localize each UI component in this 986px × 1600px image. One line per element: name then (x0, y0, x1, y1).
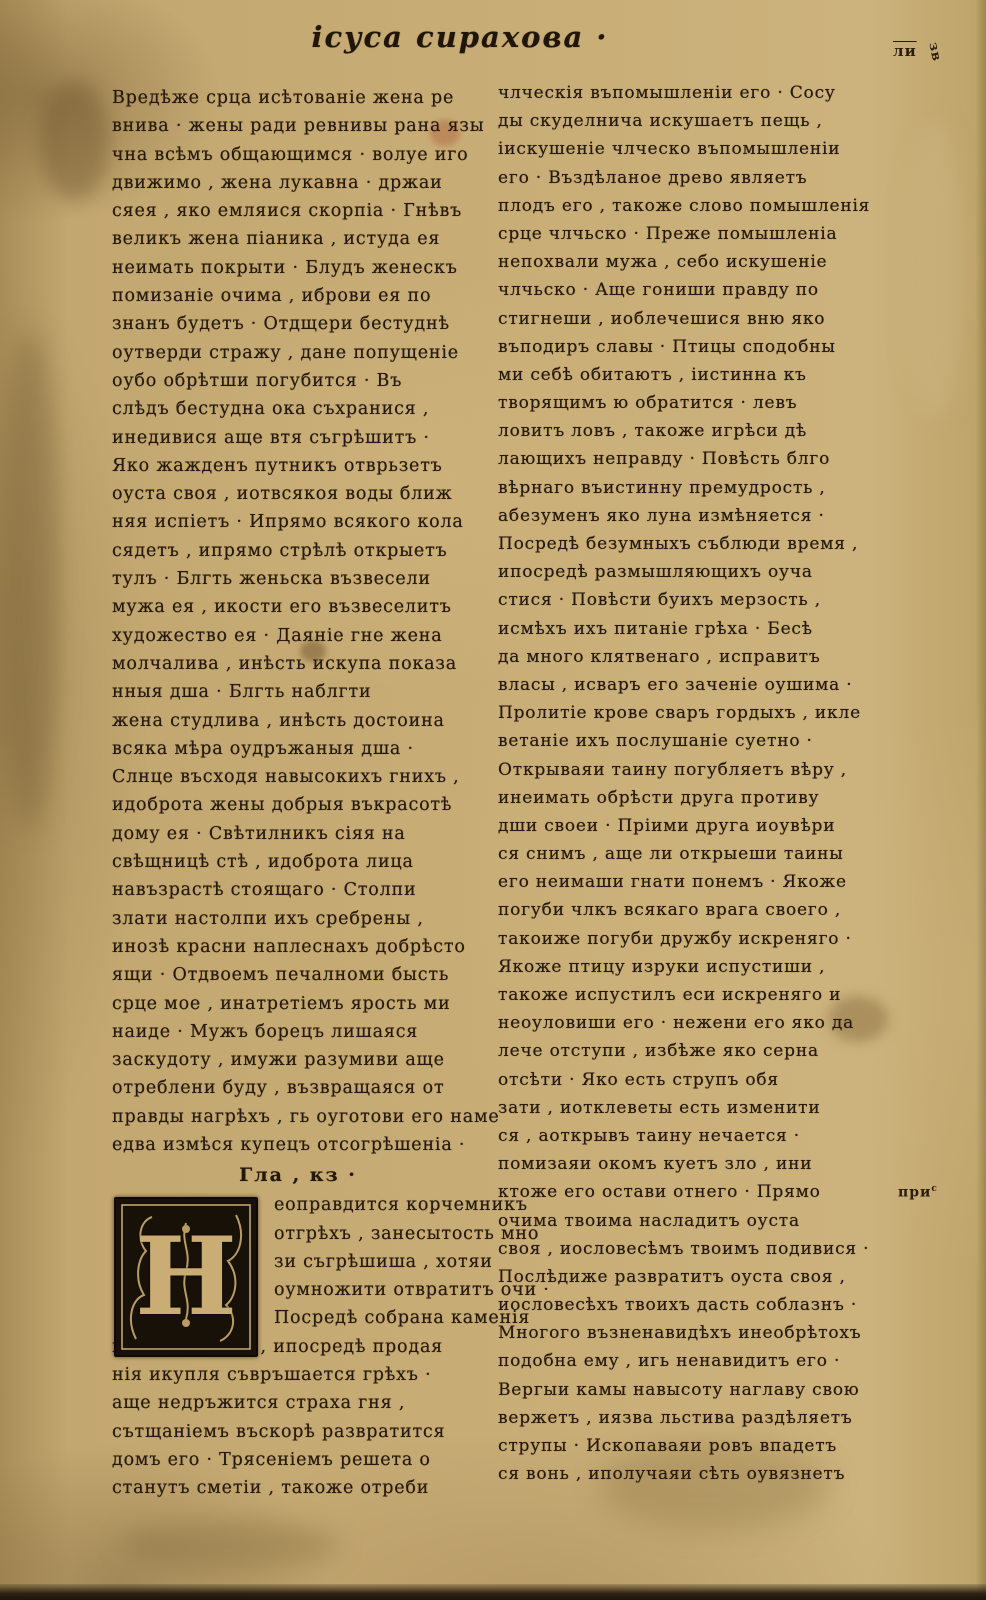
text-line: молчалива , инѣсть искупа показа (112, 650, 484, 678)
text-line: внива · жены ради ревнивы рана язы (112, 112, 484, 140)
text-line: творящимъ ю обратится · левъ (498, 389, 894, 417)
text-line: лече отступи , избѣже яко серна (498, 1037, 894, 1065)
text-line: да много клятвенаго , исправитъ (498, 643, 894, 671)
text-line: вѣрнаго въистинну премудрость , (498, 474, 894, 502)
text-line: отреблени буду , възвращаяся от (112, 1074, 484, 1102)
book-page-scan: ісуса сирахова · лизв Вредѣже срца исѣто… (0, 0, 986, 1600)
text-line: члчьско · Аще гониши правду по (498, 276, 894, 304)
text-line: инедивися аще втя съгрѣшитъ · (112, 424, 484, 452)
text-line: дши своеи · Пріими друга иоувѣри (498, 812, 894, 840)
text-line: наиде · Мужъ борецъ лишаяся (112, 1018, 484, 1046)
text-line: оутверди стражу , дане попущеніе (112, 339, 484, 367)
text-line: Слнце въсходя навысокихъ гнихъ , (112, 763, 484, 791)
text-line: оуста своя , иотвсякоя воды ближ (112, 480, 484, 508)
text-line: едва измѣся купецъ отсогрѣшеніа · (112, 1131, 484, 1159)
initial-letter: Н (116, 1199, 256, 1355)
text-line: аще недръжится страха гня , (112, 1389, 484, 1417)
text-line: ся вонь , иполучаяи сѣть оувязнетъ (498, 1460, 894, 1488)
text-line: станутъ сметіи , такоже отреби (112, 1474, 484, 1502)
text-line: власы , исваръ его заченіе оушима · (498, 671, 894, 699)
text-line: такоиже погуби дружбу искреняго · (498, 925, 894, 953)
text-line: неимать покрыти · Блудъ женескъ (112, 254, 484, 282)
text-line: струпы · Ископаваяи ровъ впадетъ (498, 1432, 894, 1460)
text-line: подобна ему , игь ненавидитъ его · (498, 1347, 894, 1375)
text-line: инозѣ красни наплеснахъ добрѣсто (112, 933, 484, 961)
text-column-left: Вредѣже срца исѣтованіе жена ревнива · ж… (112, 84, 484, 1503)
text-line: няя испіетъ · Ипрямо всякого кола (112, 508, 484, 536)
text-line: непохвали мужа , себо искушеніе (498, 248, 894, 276)
text-line: сяея , яко емляися скорпіа · Гнѣвъ (112, 197, 484, 225)
text-line: лающихъ неправду · Повѣсть блго (498, 445, 894, 473)
chapter-body: Н еоправдится корчемникъотгрѣхъ , занесы… (112, 1191, 484, 1502)
text-line: ловитъ ловъ , такоже игрѣси дѣ (498, 417, 894, 445)
text-line: Открываяи таину погубляетъ вѣру , (498, 756, 894, 784)
text-line: сядетъ , ипрямо стрѣлѣ открыетъ (112, 537, 484, 565)
text-line: стигнеши , иоблечешися вню яко (498, 305, 894, 333)
text-line: навъзрастѣ стоящаго · Столпи (112, 876, 484, 904)
paper-stain (0, 330, 60, 830)
text-line: злати настолпи ихъ сребрены , (112, 905, 484, 933)
text-line: зи съгрѣшиша , хотяи (274, 1248, 484, 1276)
text-line: Посредѣ безумныхъ съблюди время , (498, 530, 894, 558)
text-line: плодъ его , такоже слово помышленія (498, 192, 894, 220)
margin-note-text: при (898, 1185, 931, 1201)
text-line: правды нагрѣхъ , гь оуготови его наме (112, 1103, 484, 1131)
text-line: погуби члкъ всякаго врага своего , (498, 896, 894, 924)
text-line: еоправдится корчемникъ (274, 1191, 484, 1219)
text-line: оумножити отвратитъ очи · (274, 1276, 484, 1304)
folio-number: лизв (893, 42, 942, 60)
text-line: помизаніе очима , иброви ея по (112, 282, 484, 310)
text-line: въподиръ славы · Птицы сподобны (498, 333, 894, 361)
text-line: такоже испустилъ еси искреняго и (498, 981, 894, 1009)
text-line: инеимать обрѣсти друга противу (498, 784, 894, 812)
chapter-full-lines: вонзется колъ , ипосредѣ продаянія икупл… (112, 1333, 484, 1503)
page-fore-edge (976, 0, 986, 1600)
text-line: отсѣти · Яко есть струпъ обя (498, 1066, 894, 1094)
scan-bottom-edge (0, 1584, 986, 1600)
text-line: нія икупля съвръшается грѣхъ · (112, 1361, 484, 1389)
text-line: ся снимъ , аще ли открыеши таины (498, 840, 894, 868)
text-line: его неимаши гнати понемъ · Якоже (498, 868, 894, 896)
text-line: Пролитіе крове сваръ гордыхъ , икле (498, 699, 894, 727)
margin-note: прис (898, 1184, 938, 1201)
text-column-right: члческія въпомышленіи его · Сосуды скуде… (498, 79, 894, 1488)
chapter-heading: Гла , кз · (112, 1159, 484, 1191)
decorated-initial: Н (114, 1197, 258, 1357)
text-line: ящи · Отдвоемъ печалноми бысть (112, 961, 484, 989)
text-line: свѣщницѣ стѣ , идоброта лица (112, 848, 484, 876)
text-line: Вергыи камы навысоту наглаву свою (498, 1376, 894, 1404)
text-line: Посредѣ собрана каменія (274, 1304, 484, 1332)
text-line: срце мое , инатретіемъ ярость ми (112, 990, 484, 1018)
text-line: очима твоима насладитъ оуста (498, 1207, 894, 1235)
text-line: Якоже птицу изруки испустиши , (498, 953, 894, 981)
text-line: его · Въздѣланое древо являетъ (498, 164, 894, 192)
paper-stain (40, 80, 110, 200)
text-line: чна всѣмъ общающимся · волуе иго (112, 141, 484, 169)
text-line: ды скуделнича искушаетъ пещь , (498, 107, 894, 135)
text-line: ктоже его остави отнего · Прямо (498, 1178, 894, 1206)
text-line: великъ жена піаника , истуда ея (112, 225, 484, 253)
quire-signature: зв (925, 41, 944, 63)
text-line: ся , аоткрывъ таину нечается · (498, 1122, 894, 1150)
text-line: тулъ · Блгть женьска възвесели (112, 565, 484, 593)
text-line: нныя дша · Блгть наблгти (112, 678, 484, 706)
text-line: отгрѣхъ , занесытость мно (274, 1220, 484, 1248)
text-line: всяка мѣра оудръжаныя дша · (112, 735, 484, 763)
text-line: ми себѣ обитаютъ , іистинна къ (498, 361, 894, 389)
text-line: домъ его · Трясеніемъ решета о (112, 1446, 484, 1474)
text-line: срце члчьско · Преже помышленіа (498, 220, 894, 248)
running-title: ісуса сирахова · (300, 20, 620, 54)
text-line: идоброта жены добрыя въкрасотѣ (112, 791, 484, 819)
text-line: Вредѣже срца исѣтованіе жена ре (112, 84, 484, 112)
text-line: ипосредѣ размышляющихъ оуча (498, 558, 894, 586)
folio-mark: ли (893, 42, 917, 60)
text-line: исмѣхъ ихъ питаніе грѣха · Бесѣ (498, 615, 894, 643)
text-line: стися · Повѣсти буихъ мерзость , (498, 586, 894, 614)
text-line: Яко жажденъ путникъ отврьзетъ (112, 452, 484, 480)
text-line: ветаніе ихъ послушаніе суетно · (498, 727, 894, 755)
text-line: неоуловиши его · нежени его яко да (498, 1009, 894, 1037)
text-line: иословесѣхъ твоихъ дасть соблазнъ · (498, 1291, 894, 1319)
column-right-verses: члческія въпомышленіи его · Сосуды скуде… (498, 79, 894, 1488)
text-line: дому ея · Свѣтилникъ сіяя на (112, 820, 484, 848)
column-left-verses: Вредѣже срца исѣтованіе жена ревнива · ж… (112, 84, 484, 1159)
text-line: помизаяи окомъ куетъ зло , ини (498, 1150, 894, 1178)
text-line: іискушеніе члческо въпомышленіи (498, 135, 894, 163)
text-line: абезуменъ яко луна измѣняется · (498, 502, 894, 530)
text-line: слѣдъ бестудна ока съхранися , (112, 395, 484, 423)
text-line: зати , иотклеветы есть изменити (498, 1094, 894, 1122)
paper-stain (120, 1520, 340, 1570)
text-line: Многого възненавидѣхъ инеобрѣтохъ (498, 1319, 894, 1347)
text-line: Послѣдиже развратитъ оуста своя , (498, 1263, 894, 1291)
paper-stain (905, 120, 965, 420)
text-line: заскудоту , имужи разумиви аще (112, 1046, 484, 1074)
text-line: вержетъ , иязва льстива раздѣляетъ (498, 1404, 894, 1432)
text-line: знанъ будетъ · Отдщери бестуднѣ (112, 310, 484, 338)
text-line: движимо , жена лукавна · држаи (112, 169, 484, 197)
text-line: оубо обрѣтши погубится · Въ (112, 367, 484, 395)
text-line: жена студлива , инѣсть достоина (112, 707, 484, 735)
text-line: своя , иословесѣмъ твоимъ подивися · (498, 1235, 894, 1263)
margin-note-superscript: с (931, 1184, 937, 1194)
text-line: мужа ея , икости его възвеселитъ (112, 593, 484, 621)
text-line: художество ея · Даяніе гне жена (112, 622, 484, 650)
text-line: члческія въпомышленіи его · Сосу (498, 79, 894, 107)
text-line: сътщаніемъ въскорѣ развратится (112, 1418, 484, 1446)
